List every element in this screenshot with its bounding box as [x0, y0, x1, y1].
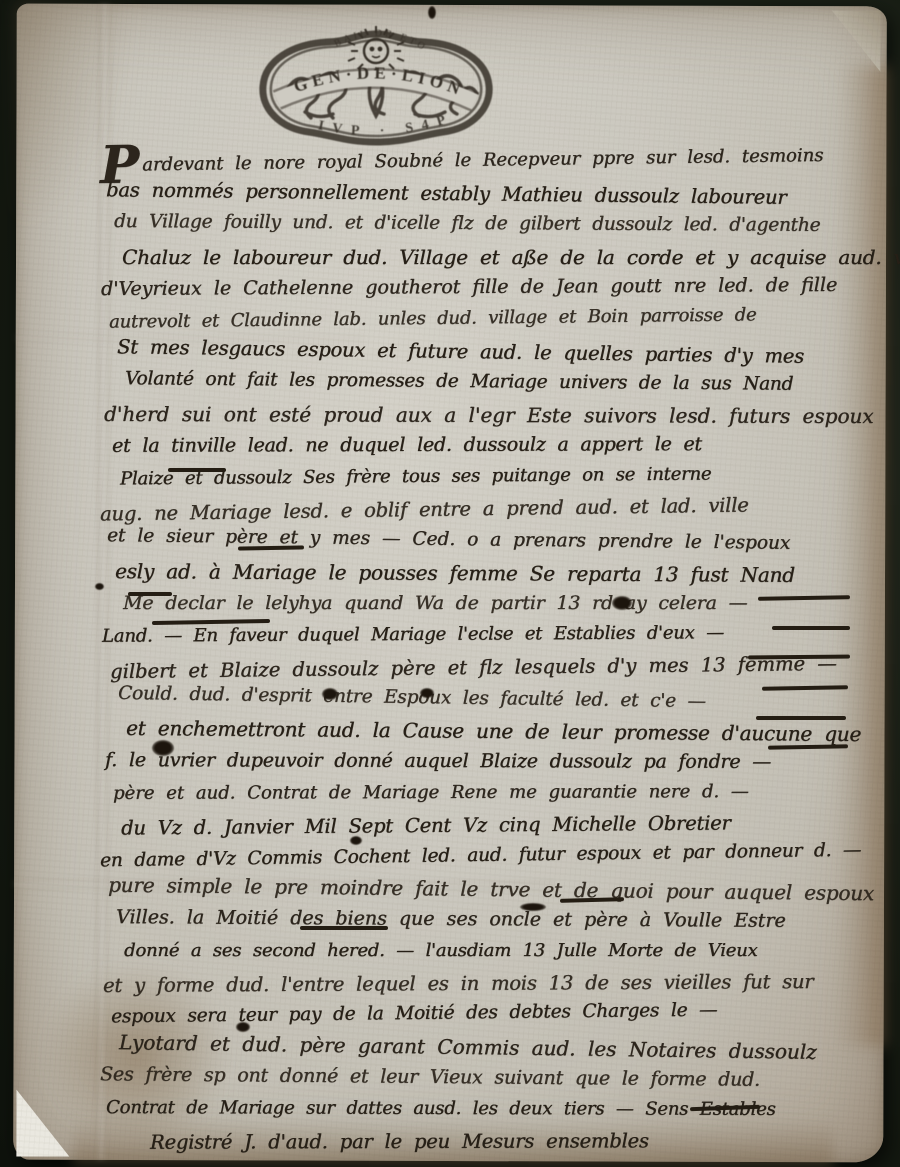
handwriting-line: Lyotard et dud. père garant Commis aud. … — [119, 1030, 817, 1064]
handwriting-line: bas nommés personnellement estably Mathi… — [106, 178, 787, 209]
handwriting-text: ardevant le nore royal Soubné le Recepve… — [142, 145, 824, 176]
handwriting-line: espoux sera teur pay de la Moitié des de… — [111, 1000, 717, 1028]
handwriting-line: Registré J. d'aud. par le peu Mesurs ens… — [150, 1129, 649, 1153]
handwriting-line: en dame d'Vz Commis Cochent led. aud. fu… — [100, 840, 861, 872]
handwriting-line: autrevolt et Claudinne lab. unles dud. v… — [109, 304, 757, 332]
ink-dash — [772, 626, 850, 630]
handwriting-line: donné a ses second hered. — l'ausdiam 13… — [124, 940, 757, 961]
handwriting-line: et y forme dud. l'entre lequel es in moi… — [103, 970, 813, 997]
handwriting-line: gilbert et Blaize dussoulz père et flz l… — [110, 652, 837, 683]
ink-dash — [168, 468, 226, 472]
scanned-document: { "paper": { "background_color": "#ccc9c… — [0, 0, 900, 1167]
ink-blot — [428, 6, 436, 19]
ink-blot — [322, 688, 338, 700]
handwriting-line: Ses frère sp ont donné et leur Vieux sui… — [100, 1063, 760, 1091]
handwriting-line: Volanté ont fait les promesses de Mariag… — [125, 368, 793, 395]
ink-blot — [350, 836, 362, 845]
handwriting-line: Pardevant le nore royal Soubné le Recepv… — [100, 145, 824, 176]
handwriting-line: esly ad. à Mariage le pousses femme Se r… — [115, 559, 795, 587]
ink-blot — [152, 740, 174, 756]
ink-dash — [756, 716, 846, 720]
handwriting-line: du Vz d. Janvier Mil Sept Cent Vz cinq M… — [121, 811, 731, 839]
handwriting-line: pure simple le pre moindre fait le trve … — [108, 873, 874, 906]
ink-dash — [300, 926, 388, 930]
ink-blot — [95, 583, 104, 590]
handwriting-line: et la tinville lead. ne duquel led. duss… — [112, 433, 702, 457]
ink-blot — [236, 1022, 250, 1032]
ink-blot — [420, 688, 434, 698]
handwriting-line: St mes lesgaucs espoux et future aud. le… — [117, 335, 804, 368]
handwriting-line: du Village fouilly und. et d'icelle flz … — [114, 211, 820, 236]
handwriting-line: d'herd sui ont esté proud aux a l'egr Es… — [104, 402, 874, 428]
handwriting-block: Pardevant le nore royal Soubné le Recepv… — [0, 0, 900, 1167]
handwriting-line: Contrat de Mariage sur dattes ausd. les … — [106, 1097, 776, 1120]
handwriting-line: et enchemettront aud. la Cause une de le… — [126, 716, 861, 746]
handwriting-line: père et aud. Contrat de Mariage Rene me … — [113, 781, 749, 804]
handwriting-line: Me declar le lelyhya quand Wa de partir … — [123, 592, 747, 614]
handwriting-line: d'Veyrieux le Cathelenne goutherot fille… — [101, 274, 837, 300]
ink-blot — [612, 596, 632, 610]
handwriting-line: Chaluz le laboureur dud. Village et aße … — [122, 245, 900, 269]
handwriting-line: f. le uvrier dupeuvoir donné auquel Blai… — [105, 749, 771, 773]
handwriting-line: Villes. la Moitié des biens que ses oncl… — [116, 906, 786, 932]
handwriting-line: Could. dud. d'esprit entre Espoux les fa… — [118, 683, 706, 712]
ink-dash — [128, 592, 172, 596]
handwriting-line: Land. — En faveur duquel Mariage l'eclse… — [102, 622, 724, 646]
handwriting-line: et le sieur père et y mes — Ced. o a pre… — [107, 525, 791, 554]
handwriting-line: aug. ne Mariage lesd. e oblif entre a pr… — [100, 493, 749, 525]
ink-blot — [520, 903, 546, 911]
